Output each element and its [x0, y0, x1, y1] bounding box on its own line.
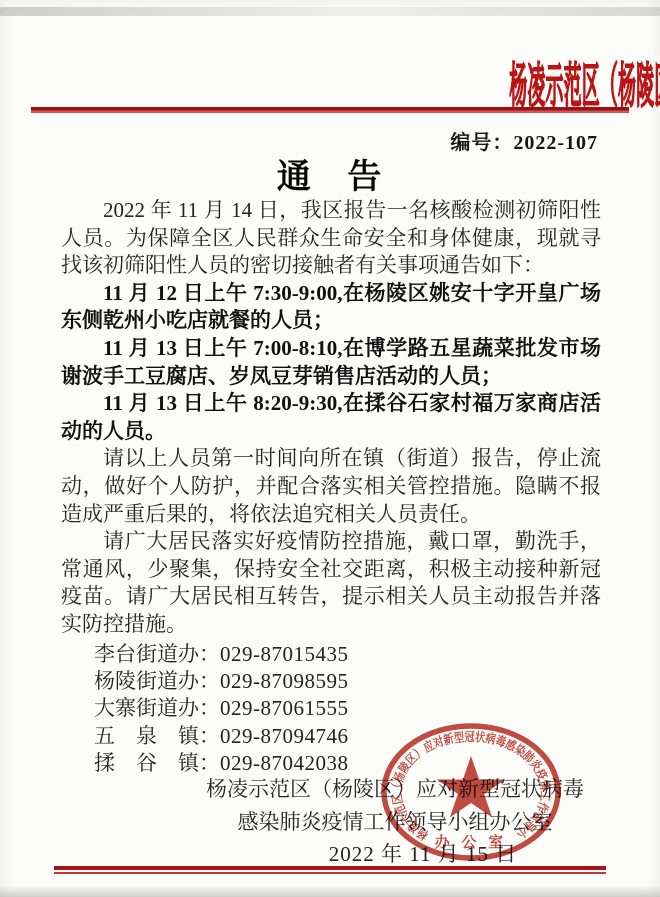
notice-title: 通 告 [0, 149, 660, 198]
contact-colon: ： [199, 669, 220, 693]
contact-colon: ： [199, 724, 220, 748]
contact-phone: 029-87094746 [220, 724, 349, 748]
contact-name: 李台街道办 [94, 642, 199, 666]
contact-colon: ： [199, 696, 220, 720]
scan-artifact-bottom [0, 886, 660, 897]
scan-artifact-top [0, 7, 660, 16]
notice-body: 2022 年 11 月 14 日，我区报告一名核酸检测初筛阳性人员。为保障全区人… [61, 197, 601, 778]
contact-colon: ： [199, 751, 220, 775]
paragraph-report-instruction: 请以上人员第一时间向所在镇（街道）报告，停止流动，做好个人防护，并配合落实相关管… [61, 445, 601, 528]
document-letterhead: 杨凌示范区（杨陵区）应对新型冠状病毒感染肺炎疫情工作领导小组办公室 [0, 47, 660, 109]
contact-phone: 029-87061555 [220, 696, 349, 720]
bottom-rule-thick-line [54, 866, 606, 870]
scanned-notice-page: { "colors": { "letterhead_red": "#c01515… [0, 0, 660, 897]
paragraph-location-1: 11 月 12 日上午 7:30-9:00,在杨陵区姚安十字开皇广场东侧乾州小吃… [61, 280, 601, 335]
letterhead-separator-rule [31, 107, 629, 113]
paragraph-prevention-advice: 请广大居民落实好疫情防控措施，戴口罩，勤洗手，常通风，少聚集，保持安全社交距离，… [61, 528, 601, 638]
contact-row: 李台街道办：029-87015435 [61, 641, 601, 668]
contact-name: 揉 谷 镇 [94, 751, 199, 775]
letterhead-org-title: 杨凌示范区（杨陵区）应对新型冠状病毒感染肺炎疫情工作领导小组办公室 [509, 47, 660, 116]
contact-row: 大寨街道办：029-87061555 [61, 695, 601, 722]
paragraph-intro: 2022 年 11 月 14 日，我区报告一名核酸检测初筛阳性人员。为保障全区人… [61, 197, 601, 280]
seal-center-text: 办 公 室 [435, 833, 508, 851]
contact-colon: ： [199, 642, 220, 666]
bottom-separator-rule [54, 866, 606, 874]
contact-phone: 029-87015435 [220, 642, 349, 666]
contact-name: 杨陵街道办 [94, 669, 199, 693]
paragraph-location-3: 11 月 13 日上午 8:20-9:30,在揉谷石家村福万家商店活动的人员。 [61, 390, 601, 445]
contact-phone: 029-87098595 [220, 669, 349, 693]
contact-name: 大寨街道办 [94, 696, 199, 720]
paragraph-location-2: 11 月 13 日上午 7:00-8:10,在博学路五星蔬菜批发市场谢波手工豆腐… [61, 335, 601, 390]
contact-name: 五 泉 镇 [94, 724, 199, 748]
contact-phone: 029-87042038 [220, 751, 349, 775]
contact-row: 杨陵街道办：029-87098595 [61, 668, 601, 695]
bottom-rule-thin-line [54, 872, 606, 874]
official-seal: 杨凌示范区（杨陵区）应对新型冠状病毒感染肺炎疫情工作领导小组 办 公 室 [377, 721, 565, 869]
seal-star-icon [437, 756, 505, 818]
